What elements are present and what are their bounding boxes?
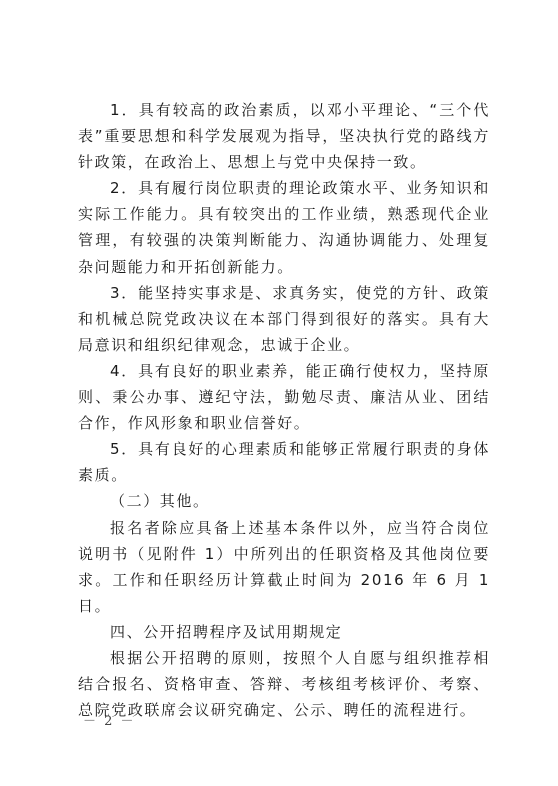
document-body: 1．具有较高的政治素质，以邓小平理论、“三个代表”重要思想和科学发展观为指导，坚… bbox=[78, 97, 490, 723]
document-page: 1．具有较高的政治素质，以邓小平理论、“三个代表”重要思想和科学发展观为指导，坚… bbox=[0, 0, 558, 786]
section-other-heading: （二）其他。 bbox=[78, 488, 490, 514]
requirement-3-paragraph: 3．能坚持实事求是、求真务实，使党的方针、政策和机械总院党政决议在本部门得到很好… bbox=[78, 280, 490, 358]
other-requirements-paragraph: 报名者除应具备上述基本条件以外，应当符合岗位说明书（见附件 1）中所列出的任职资… bbox=[78, 515, 490, 619]
requirement-4-paragraph: 4．具有良好的职业素养，能正确行使权力，坚持原则、秉公办事、遵纪守法，勤勉尽责、… bbox=[78, 358, 490, 436]
procedure-paragraph: 根据公开招聘的原则，按照个人自愿与组织推荐相结合报名、资格审查、答辩、考核组考核… bbox=[78, 645, 490, 723]
requirement-1-paragraph: 1．具有较高的政治素质，以邓小平理论、“三个代表”重要思想和科学发展观为指导，坚… bbox=[78, 97, 490, 175]
section-four-heading: 四、公开招聘程序及试用期规定 bbox=[78, 619, 490, 645]
page-number: － 2 － bbox=[83, 710, 136, 729]
requirement-5-paragraph: 5．具有良好的心理素质和能够正常履行职责的身体素质。 bbox=[78, 436, 490, 488]
requirement-2-paragraph: 2．具有履行岗位职责的理论政策水平、业务知识和实际工作能力。具有较突出的工作业绩… bbox=[78, 175, 490, 279]
